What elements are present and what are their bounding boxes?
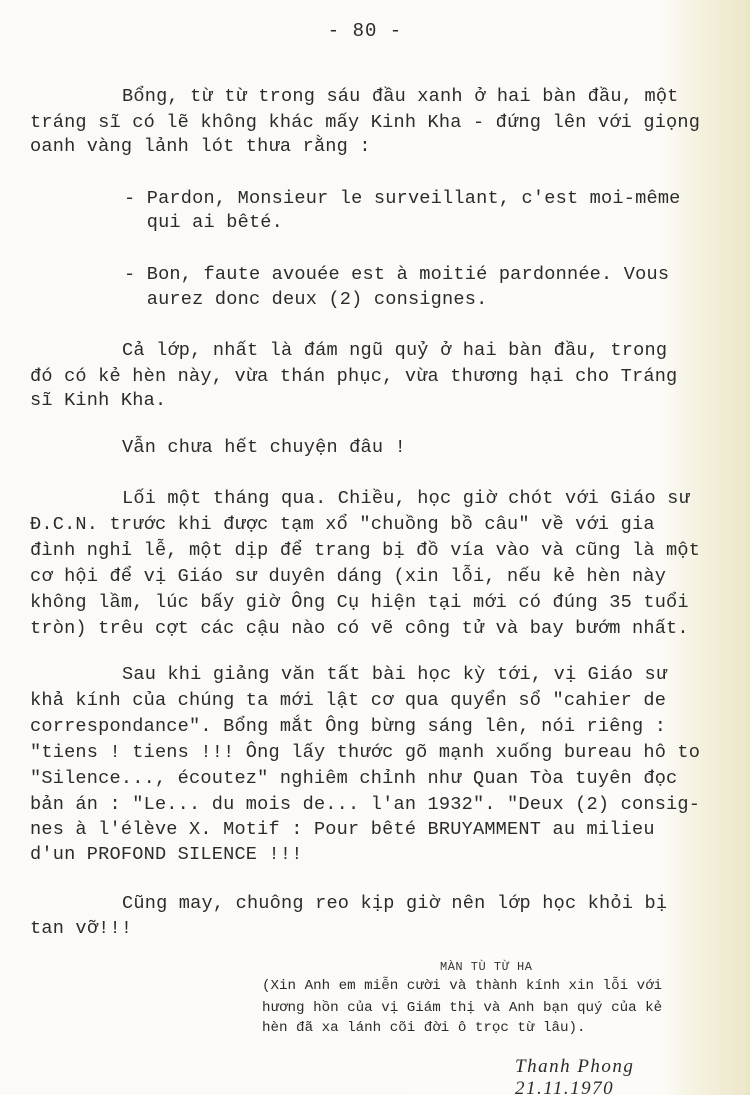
- body-line: nes à l'élève X. Motif : Pour bêté BRUYA…: [30, 819, 655, 840]
- body-line: Vẫn chưa hết chuyện đâu !: [122, 437, 406, 458]
- body-line: correspondance". Bổng mắt Ông bừng sáng …: [30, 716, 666, 737]
- dialogue-line: qui ai bêté.: [124, 212, 283, 233]
- dialogue-line: aurez donc deux (2) consignes.: [124, 289, 487, 310]
- body-line: Sau khi giảng văn tất bài học kỳ tới, vị…: [122, 664, 667, 685]
- note-line: hương hồn của vị Giám thị và Anh bạn quý…: [262, 1000, 662, 1016]
- body-line: sĩ Kinh Kha.: [30, 390, 166, 411]
- body-line: Cũng may, chuông reo kịp giờ nên lớp học…: [122, 893, 667, 914]
- body-line: Lối một tháng qua. Chiều, học giờ chót v…: [122, 488, 690, 509]
- body-line: "tiens ! tiens !!! Ông lấy thước gõ mạnh…: [30, 742, 700, 763]
- body-line: đó có kẻ hèn này, vừa thán phục, vừa thư…: [30, 366, 677, 387]
- body-line: Bổng, từ từ trong sáu đầu xanh ở hai bàn…: [122, 86, 679, 107]
- body-line: khả kính của chúng ta mới lật cơ qua quy…: [30, 690, 666, 711]
- author-name: MÀN TÙ TỪ HA: [440, 960, 532, 974]
- body-line: Cả lớp, nhất là đám ngũ quỷ ở hai bàn đầ…: [122, 340, 667, 361]
- body-line: "Silence..., écoutez" nghiêm chỉnh như Q…: [30, 768, 677, 789]
- signature-name: Thanh Phong: [515, 1056, 634, 1078]
- note-line: hèn đã xa lánh cõi đời ô trọc từ lâu).: [262, 1020, 586, 1036]
- body-line: không lầm, lúc bấy giờ Ông Cụ hiện tại m…: [30, 592, 689, 613]
- signature-date: 21.11.1970: [515, 1078, 614, 1095]
- dialogue-line: - Pardon, Monsieur le surveillant, c'est…: [124, 188, 681, 209]
- body-line: cơ hội để vị Giáo sư duyên dáng (xin lỗi…: [30, 566, 666, 587]
- body-line: bản án : "Le... du mois de... l'an 1932"…: [30, 794, 700, 815]
- body-line: tráng sĩ có lẽ không khác mấy Kinh Kha -…: [30, 112, 700, 133]
- body-line: Đ.C.N. trước khi được tạm xổ "chuồng bồ …: [30, 514, 655, 535]
- dialogue-line: - Bon, faute avouée est à moitié pardonn…: [124, 264, 669, 285]
- body-line: d'un PROFOND SILENCE !!!: [30, 844, 303, 865]
- body-line: tròn) trêu cợt các cậu nào có vẽ công tử…: [30, 618, 689, 639]
- body-line: đình nghỉ lễ, một dịp để trang bị đồ vía…: [30, 540, 700, 561]
- body-line: tan vỡ!!!: [30, 918, 132, 939]
- note-line: (Xin Anh em miễn cười và thành kính xin …: [262, 978, 662, 994]
- body-line: oanh vàng lảnh lót thưa rằng :: [30, 136, 371, 157]
- page-number: - 80 -: [0, 20, 730, 42]
